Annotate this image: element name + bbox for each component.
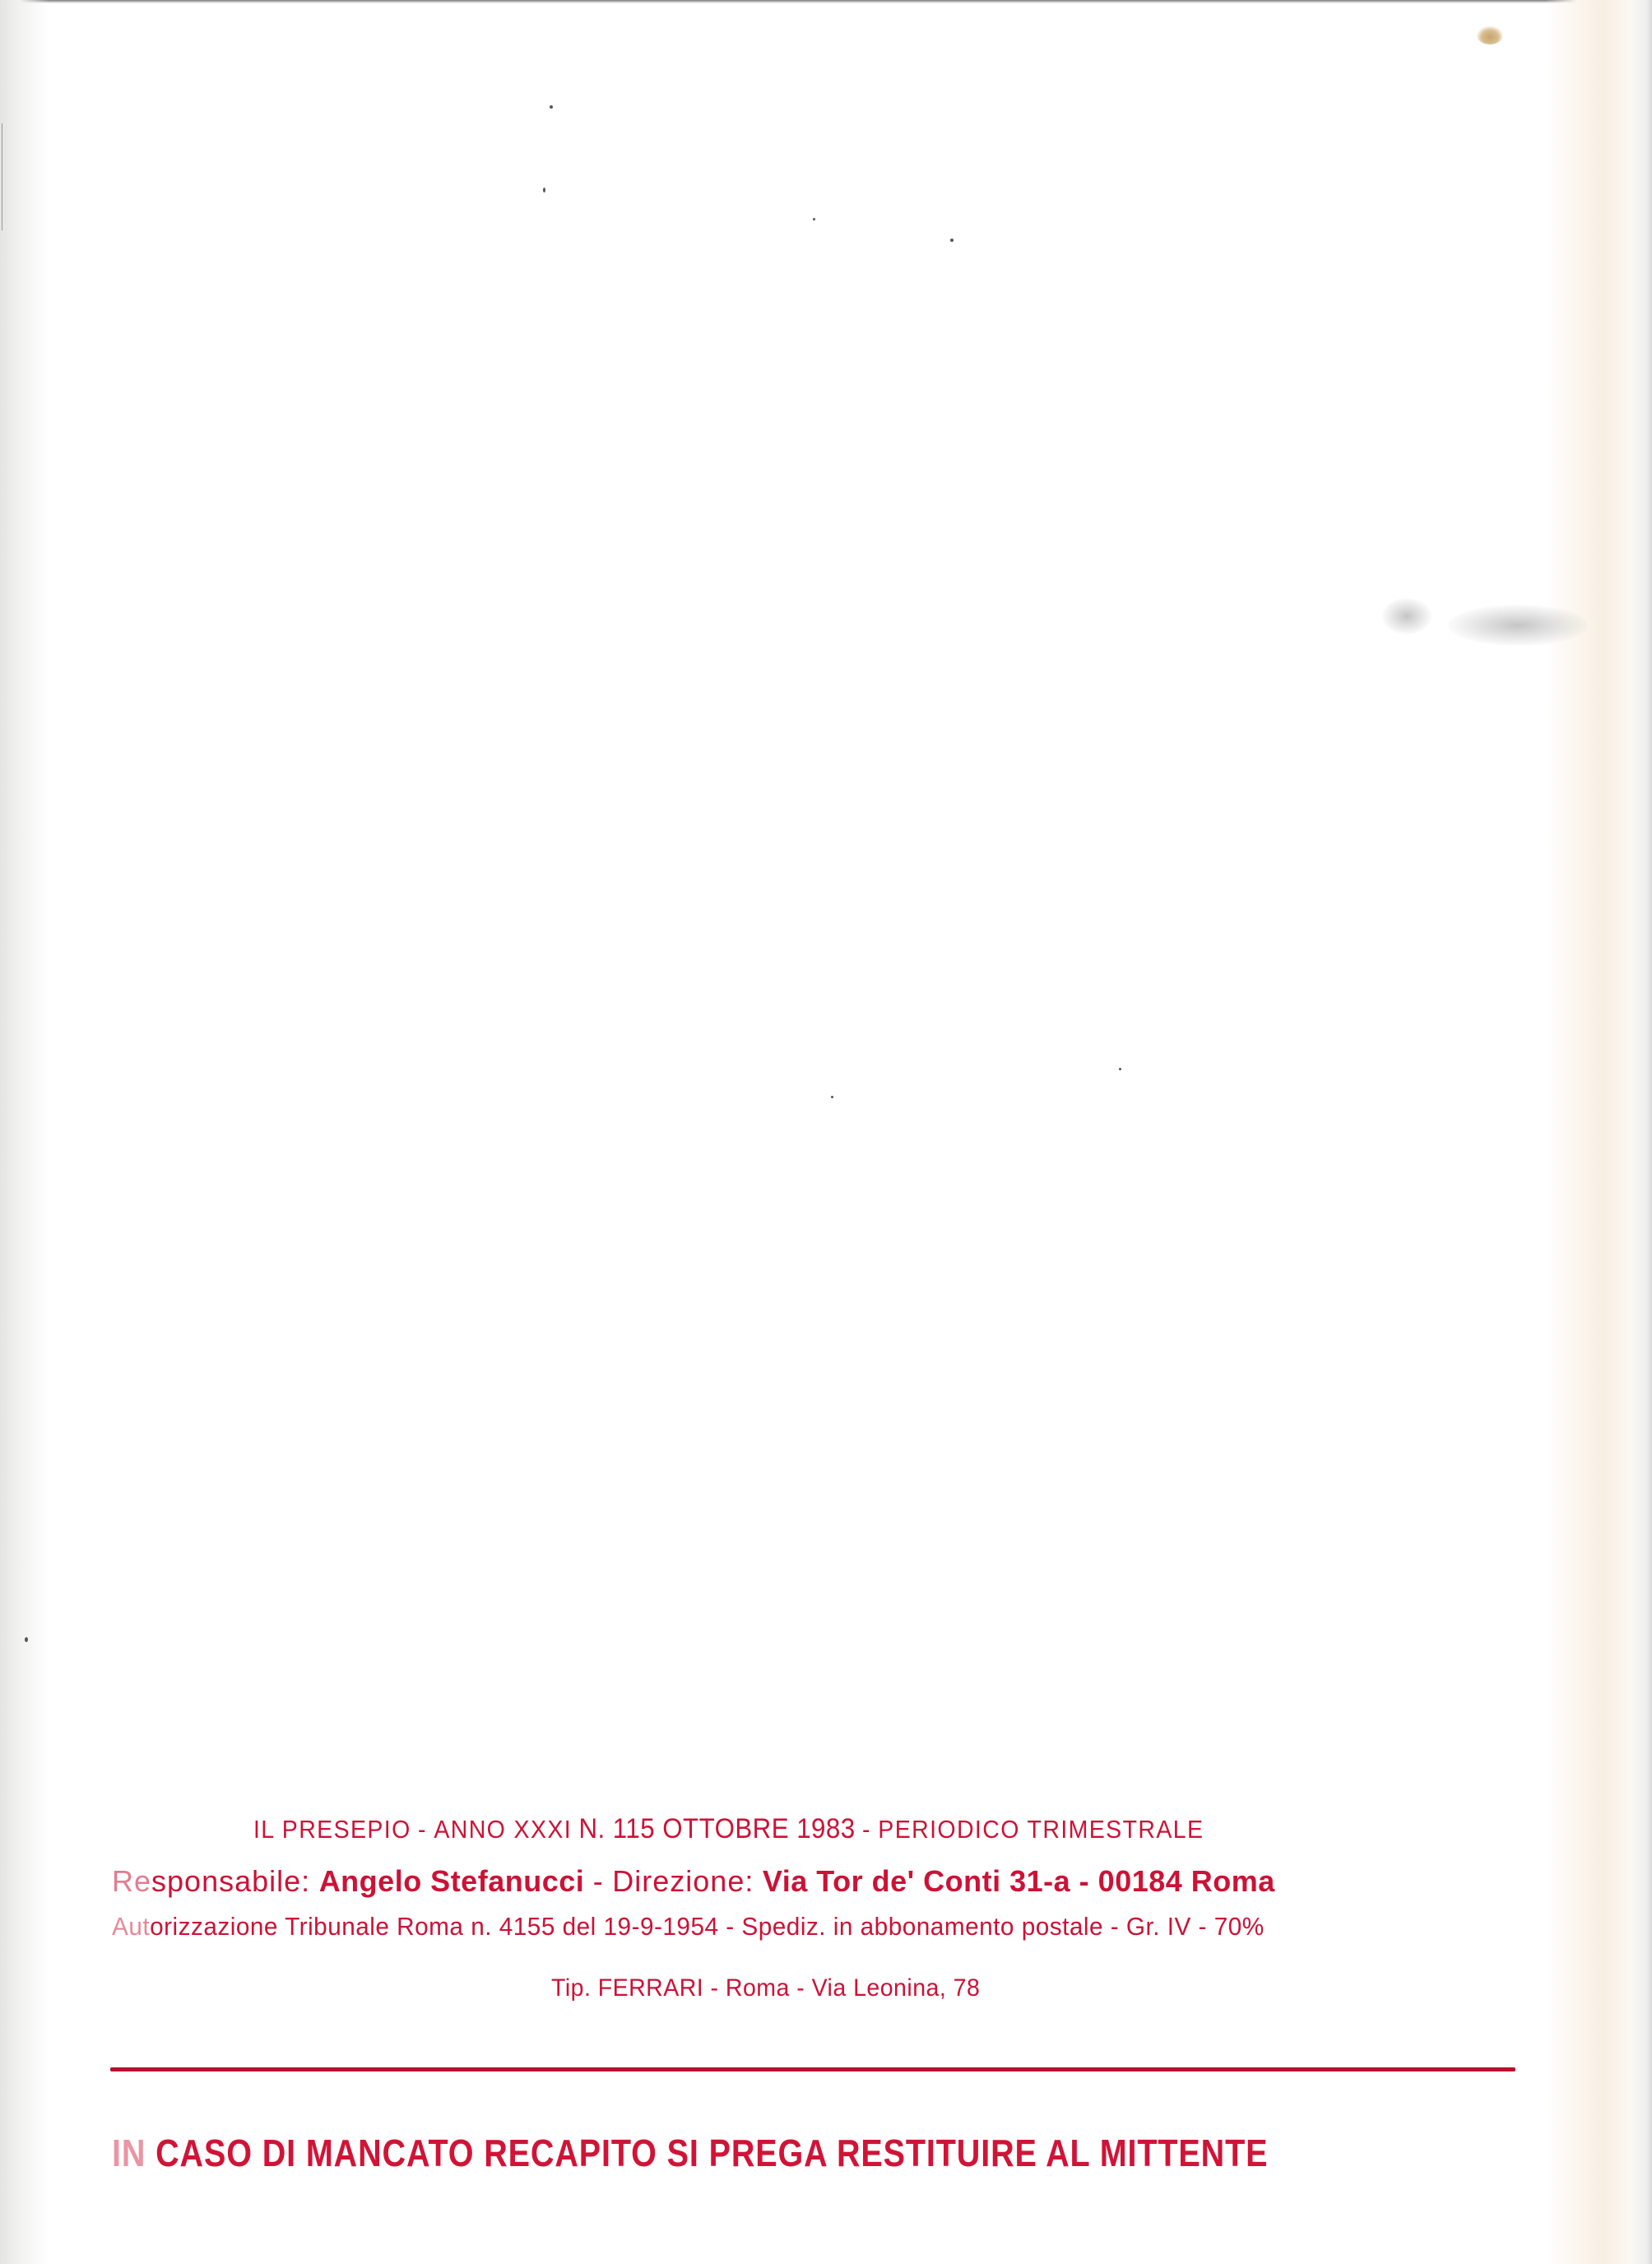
dust-speck: [950, 239, 954, 242]
authorization-text: orizzazione Tribunale Roma n. 4155 del 1…: [150, 1912, 1265, 1941]
scan-left-edge-shadow: [0, 0, 49, 2264]
issue-number-date: N. 115 OTTOBRE 1983: [578, 1813, 855, 1844]
dust-speck: [543, 188, 545, 193]
separator: -: [418, 1815, 427, 1844]
authorization-faded: Aut: [112, 1912, 150, 1941]
scan-top-edge: [0, 0, 1652, 3]
gray-smudge: [1448, 605, 1588, 646]
imprint-line-responsible: Responsabile: Angelo Stefanucci - Direzi…: [112, 1864, 1275, 1899]
responsible-label-faded: Re: [112, 1864, 151, 1898]
publication-name: IL PRESEPIO: [253, 1815, 411, 1844]
year-label: ANNO XXXI: [434, 1815, 572, 1844]
notice-text: CASO DI MANCATO RECAPITO SI PREGA RESTIT…: [146, 2132, 1268, 2174]
scan-right-edge-foxing: [1545, 0, 1652, 2264]
paper-stain: [1477, 26, 1503, 44]
notice-faded: IN: [112, 2132, 146, 2174]
magazine-back-cover: IL PRESEPIO - ANNO XXXI N. 115 OTTOBRE 1…: [0, 0, 1652, 2264]
dust-speck: [25, 1637, 28, 1642]
divider-rule: [110, 2067, 1515, 2071]
printer-info: Tip. FERRARI - Roma - Via Leonina, 78: [551, 1974, 980, 2002]
imprint-line-printer: Tip. FERRARI - Roma - Via Leonina, 78: [551, 1974, 980, 2002]
responsible-name: Angelo Stefanucci: [319, 1864, 585, 1898]
separator: -: [593, 1864, 604, 1898]
publication-frequency: PERIODICO TRIMESTRALE: [878, 1815, 1204, 1844]
dust-speck: [1119, 1068, 1121, 1070]
scan-left-edge-line: [2, 123, 2, 230]
gray-smudge: [1382, 598, 1432, 634]
imprint-line-publication: IL PRESEPIO - ANNO XXXI N. 115 OTTOBRE 1…: [253, 1813, 1204, 1845]
responsible-label: sponsabile:: [151, 1864, 310, 1898]
imprint-line-authorization: Autorizzazione Tribunale Roma n. 4155 de…: [112, 1912, 1265, 1942]
dust-speck: [813, 218, 815, 220]
separator: -: [862, 1815, 871, 1844]
return-to-sender-notice: IN CASO DI MANCATO RECAPITO SI PREGA RES…: [112, 2131, 1268, 2175]
direction-label: Direzione:: [612, 1864, 754, 1898]
dust-speck: [831, 1096, 833, 1098]
direction-address: Via Tor de' Conti 31-a - 00184 Roma: [763, 1864, 1275, 1898]
dust-speck: [550, 105, 553, 109]
